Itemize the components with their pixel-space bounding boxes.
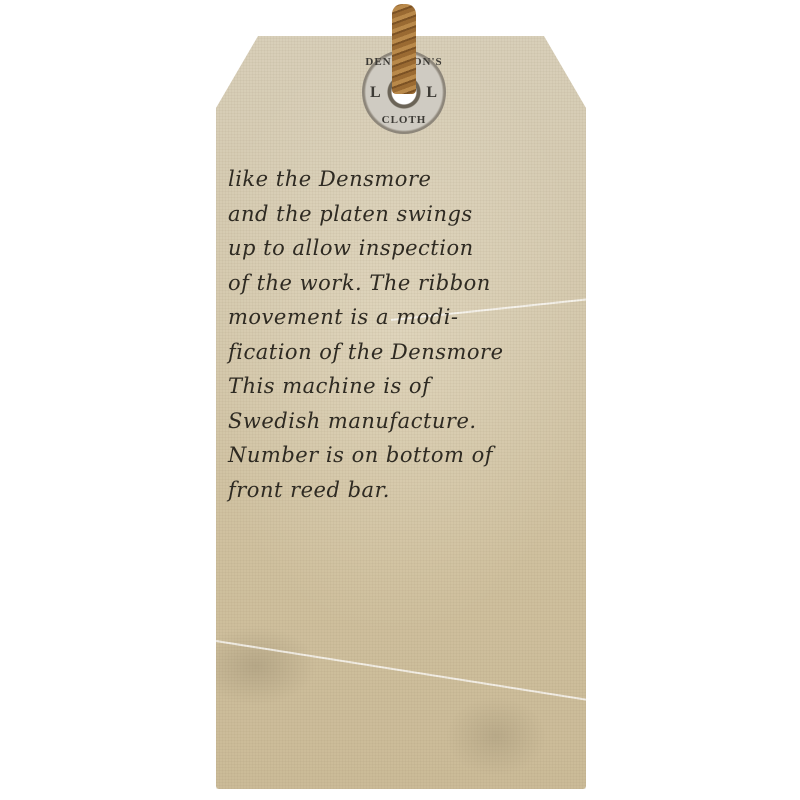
eyelet-right-letter: L (426, 84, 438, 102)
crease-lower (216, 640, 587, 701)
note-line: front reed bar. (228, 473, 578, 508)
eyelet-left-letter: L (370, 84, 382, 102)
note-line: This machine is of (228, 369, 578, 404)
note-line: fication of the Densmore (228, 335, 578, 370)
note-line: Number is on bottom of (228, 438, 578, 473)
note-line: movement is a modi- (228, 300, 578, 335)
note-line: of the work. The ribbon (228, 266, 578, 301)
eyelet-material-text: CLOTH (362, 114, 446, 126)
note-line: and the platen swings (228, 197, 578, 232)
twine-string (392, 4, 416, 94)
note-line: up to allow inspection (228, 231, 578, 266)
note-line: Swedish manufacture. (228, 404, 578, 439)
note-line: like the Densmore (228, 162, 578, 197)
handwritten-note: like the Densmore and the platen swings … (228, 162, 578, 507)
